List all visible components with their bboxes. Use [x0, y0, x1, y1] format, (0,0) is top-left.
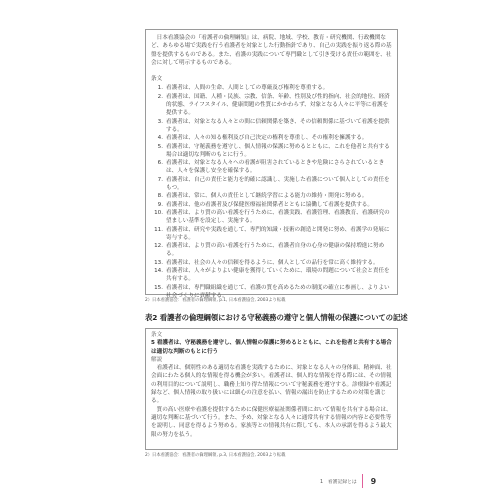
- article-item: 8.看護者は、常に、個人の責任として継続学習による能力の維持・開発に努める。: [151, 192, 392, 200]
- article-item: 10.看護者は、より質の高い看護を行うために、看護実践、看護管理、看護教育、看護…: [151, 209, 392, 226]
- article-item: 6.看護者は、対象となる人々への看護が阻害されているときや危険にさらされていると…: [151, 159, 392, 176]
- commentary-paragraph-2: 質の高い医療や看護を提供するために保健医療福祉関係者間において情報を共有する場合…: [151, 406, 392, 439]
- article-number: 3.: [151, 118, 166, 135]
- article-number: 14.: [151, 267, 166, 284]
- article-text: 看護者は、国籍、人種・民族、宗教、信条、年齢、性別及び性的指向、社会的地位、経済…: [166, 93, 392, 118]
- article-text: 看護者は、人々の知る権利及び自己決定の権利を尊重し、その権利を擁護する。: [166, 134, 392, 142]
- article-item: 1.看護者は、人間の生命、人間としての尊厳及び権利を尊重する。: [151, 84, 392, 92]
- article-number: 12.: [151, 242, 166, 259]
- article-number: 7.: [151, 176, 166, 193]
- article-item: 4.看護者は、人々の知る権利及び自己決定の権利を尊重し、その権利を擁護する。: [151, 134, 392, 142]
- article-number: 2.: [151, 93, 166, 118]
- article-number: 8.: [151, 192, 166, 200]
- commentary-label: 解説: [151, 356, 392, 364]
- article-number: 9.: [151, 201, 166, 209]
- table-2-box: 条文 5 看護者は、守秘義務を遵守し、個人情報の保護に努めるとともに、これを他者…: [145, 328, 398, 450]
- article-text: 看護者は、より質の高い看護を行うために、看護実践、看護管理、看護教育、看護研究の…: [166, 209, 392, 226]
- article-item: 5.看護者は、守秘義務を遵守し、個人情報の保護に努めるとともに、これを他者と共有…: [151, 143, 392, 160]
- article-text: 看護者は、社会の人々の信頼を得るように、個人としての品行を常に高く維持する。: [166, 259, 392, 267]
- commentary-paragraph-1: 看護者は、個別性のある適切な看護を実践するために、対象となる人々の身体面、精神面…: [151, 364, 392, 405]
- article-item: 14.看護者は、人々がよりよい健康を獲得していくために、環境の問題について社会と…: [151, 267, 392, 284]
- article-text: 看護者は、他の看護者及び保健医療福祉関係者とともに協働して看護を提供する。: [166, 201, 392, 209]
- article-item: 7.看護者は、自己の責任と能力を的確に認識し、実施した看護について個人としての責…: [151, 176, 392, 193]
- article-item: 13.看護者は、社会の人々の信頼を得るように、個人としての品行を常に高く維持する…: [151, 259, 392, 267]
- article-number: 11.: [151, 226, 166, 243]
- articles-list: 1.看護者は、人間の生命、人間としての尊厳及び権利を尊重する。 2.看護者は、国…: [151, 84, 392, 300]
- article-number: 6.: [151, 159, 166, 176]
- table-2-title: 表2 看護者の倫理綱領における守秘義務の遵守と個人情報の保護についての記述: [145, 312, 408, 323]
- article-text: 看護者は、対象となる人々への看護が阻害されているときや危険にさらされているときは…: [166, 159, 392, 176]
- article-text: 看護者は、人々がよりよい健康を獲得していくために、環境の問題について社会と責任を…: [166, 267, 392, 284]
- article-item: 3.看護者は、対象となる人々との間に信頼関係を築き、その信頼関係に基づいて看護を…: [151, 118, 392, 135]
- intro-paragraph: 日本看護協会の『看護者の倫理綱領』は、病院、地域、学校、教育・研究機関、行政機関…: [151, 34, 392, 67]
- article-number: 13.: [151, 259, 166, 267]
- article-text: 看護者は、対象となる人々との間に信頼関係を築き、その信頼関係に基づいて看護を提供…: [166, 118, 392, 135]
- article-text: 看護者は、人間の生命、人間としての尊厳及び権利を尊重する。: [166, 84, 392, 92]
- article-text: 看護者は、守秘義務を遵守し、個人情報の保護に努めるとともに、これを他者と共有する…: [166, 143, 392, 160]
- page-footer: 1 看護記録とは 9: [320, 474, 376, 488]
- articles-heading: 条文: [151, 75, 392, 83]
- article-item: 11.看護者は、研究や実践を通して、専門的知識・技術の創造と開発に努め、看護学の…: [151, 226, 392, 243]
- ethics-code-box: 日本看護協会の『看護者の倫理綱領』は、病院、地域、学校、教育・研究機関、行政機関…: [145, 29, 398, 295]
- article-number: 4.: [151, 134, 166, 142]
- article-number: 10.: [151, 209, 166, 226]
- article-5-text: 5 看護者は、守秘義務を遵守し、個人情報の保護に努めるとともに、これを他者と共有…: [151, 339, 392, 356]
- footer-divider: [362, 474, 363, 488]
- article-item: 9.看護者は、他の看護者及び保健医療福祉関係者とともに協働して看護を提供する。: [151, 201, 392, 209]
- article-number: 1.: [151, 84, 166, 92]
- chapter-title: 1 看護記録とは: [320, 478, 357, 485]
- source-note-2: 2）日本看護協会：看護者の倫理綱領, p.3, 日本看護協会, 2003より転載: [145, 453, 285, 459]
- article-label: 条文: [151, 331, 392, 339]
- article-item: 12.看護者は、より質の高い看護を行うために、看護者自身の心身の健康の保持増進に…: [151, 242, 392, 259]
- article-text: 看護者は、自己の責任と能力を的確に認識し、実施した看護について個人としての責任を…: [166, 176, 392, 193]
- page-number: 9: [371, 477, 377, 486]
- article-text: 看護者は、研究や実践を通して、専門的知識・技術の創造と開発に努め、看護学の発展に…: [166, 226, 392, 243]
- article-text: 看護者は、常に、個人の責任として継続学習による能力の維持・開発に努める。: [166, 192, 392, 200]
- article-number: 5.: [151, 143, 166, 160]
- source-note-1: 2）日本看護協会：看護者の倫理綱領, p.1, 日本看護協会, 2003より転載: [145, 298, 285, 304]
- article-item: 2.看護者は、国籍、人種・民族、宗教、信条、年齢、性別及び性的指向、社会的地位、…: [151, 93, 392, 118]
- article-text: 看護者は、より質の高い看護を行うために、看護者自身の心身の健康の保持増進に努める…: [166, 242, 392, 259]
